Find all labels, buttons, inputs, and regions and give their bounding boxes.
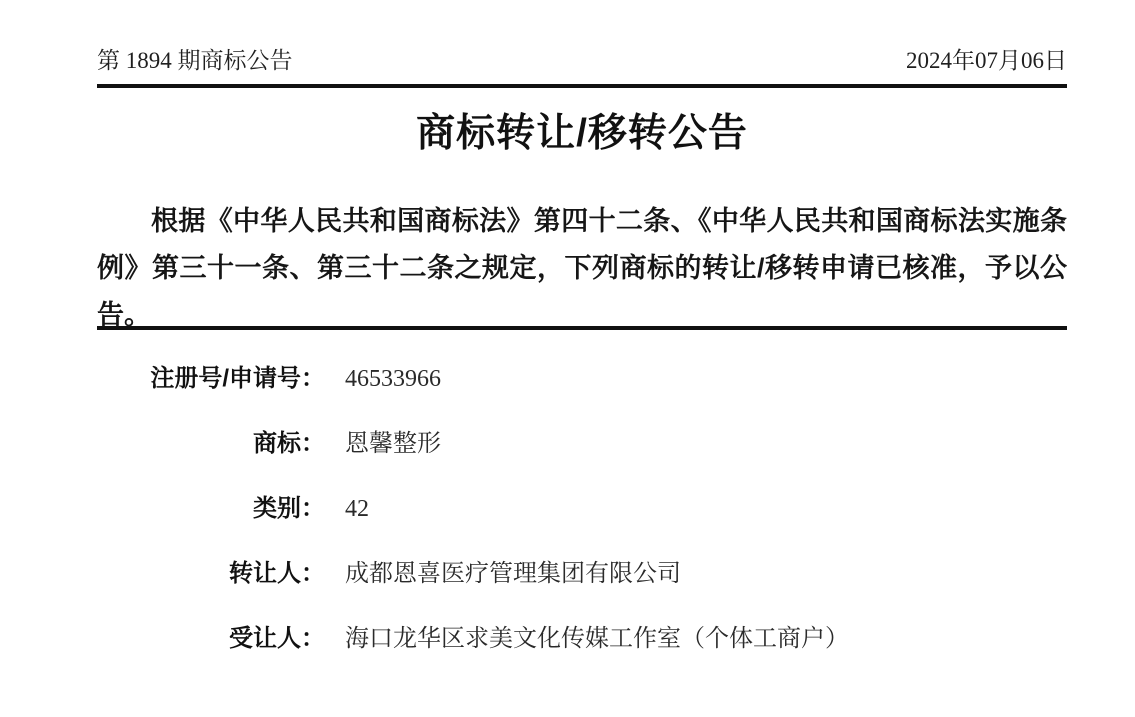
field-label-class: 类别： xyxy=(97,488,325,523)
field-value-registration-number: 46533966 xyxy=(345,366,441,393)
field-row-assignor: 转让人： 成都恩喜医疗管理集团有限公司 xyxy=(97,539,1067,604)
field-label-assignee: 受让人： xyxy=(97,618,325,653)
field-row-assignee: 受让人： 海口龙华区求美文化传媒工作室（个体工商户） xyxy=(97,604,1067,669)
field-value-assignor: 成都恩喜医疗管理集团有限公司 xyxy=(345,553,681,588)
field-row-class: 类别： 42 xyxy=(97,474,1067,539)
field-label-assignor: 转让人： xyxy=(97,553,325,588)
field-value-assignee: 海口龙华区求美文化传媒工作室（个体工商户） xyxy=(345,618,849,653)
table-divider xyxy=(97,326,1067,330)
page-title: 商标转让/移转公告 xyxy=(97,102,1067,158)
field-row-trademark: 商标： 恩馨整形 xyxy=(97,409,1067,474)
header-divider xyxy=(97,84,1067,88)
field-label-registration-number: 注册号/申请号： xyxy=(97,358,325,393)
field-value-class: 42 xyxy=(345,496,369,523)
field-label-trademark: 商标： xyxy=(97,423,325,458)
document-page: 第 1894 期商标公告 2024年07月06日 商标转让/移转公告 根据《中华… xyxy=(0,0,1135,717)
field-row-registration-number: 注册号/申请号： 46533966 xyxy=(97,344,1067,409)
publication-date: 2024年07月06日 xyxy=(906,42,1067,75)
field-value-trademark: 恩馨整形 xyxy=(345,423,441,458)
gazette-issue-number: 第 1894 期商标公告 xyxy=(97,42,293,75)
fields-table: 注册号/申请号： 46533966 商标： 恩馨整形 类别： 42 转让人： 成… xyxy=(97,344,1067,669)
announcement-paragraph: 根据《中华人民共和国商标法》第四十二条、《中华人民共和国商标法实施条例》第三十一… xyxy=(97,198,1067,326)
document-header: 第 1894 期商标公告 2024年07月06日 xyxy=(97,42,1067,75)
